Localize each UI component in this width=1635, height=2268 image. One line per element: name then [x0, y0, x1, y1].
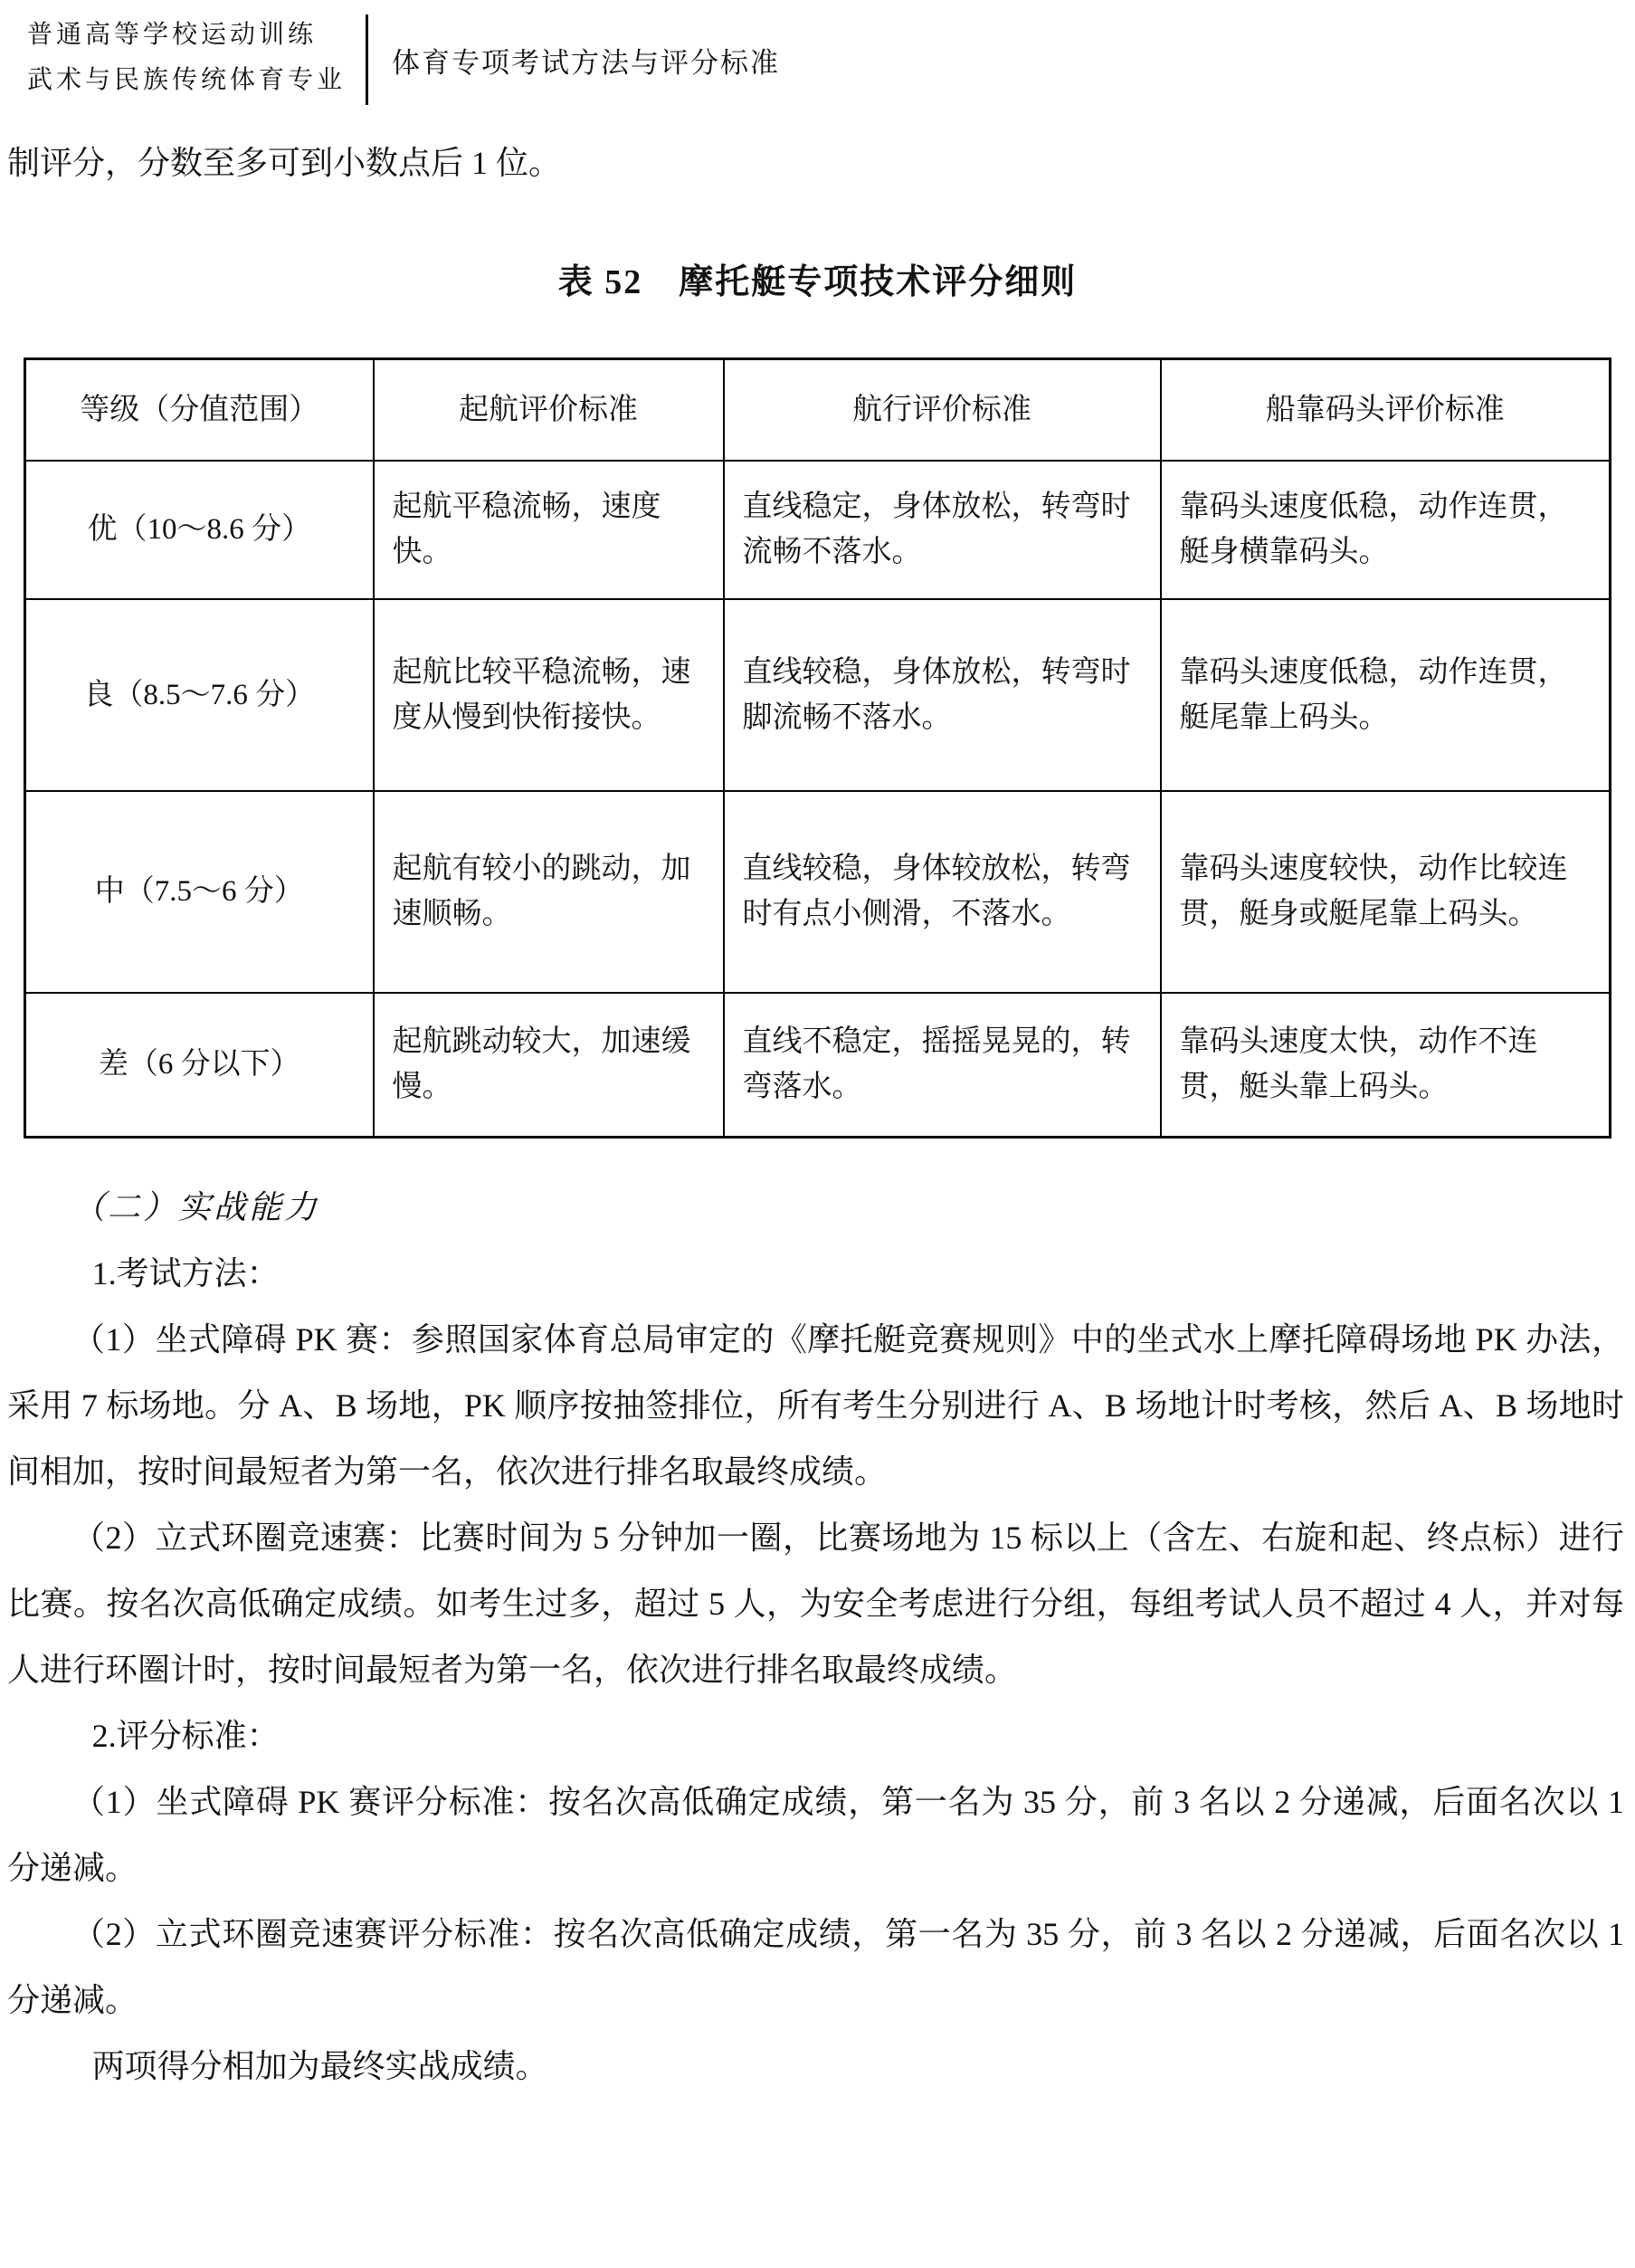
column-header-grade: 等级（分值范围）: [25, 359, 374, 461]
intro-line: 制评分，分数至多可到小数点后 1 位。: [7, 138, 1624, 188]
cell-start: 起航跳动较大，加速缓慢。: [374, 993, 724, 1138]
cell-start: 起航平稳流畅，速度快。: [374, 461, 724, 599]
cell-grade: 良（8.5～7.6 分）: [25, 599, 374, 791]
cell-sailing: 直线较稳，身体较放松，转弯时有点小侧滑，不落水。: [724, 791, 1161, 993]
closing-line: 两项得分相加为最终实战成绩。: [7, 2034, 1624, 2100]
document-page: 普通高等学校运动训练 武术与民族传统体育专业 体育专项考试方法与评分标准 制评分…: [0, 0, 1635, 2268]
method-paragraph-2: （2）立式环圈竞速赛：比赛时间为 5 分钟加一圈，比赛场地为 15 标以上（含左…: [7, 1505, 1624, 1703]
cell-sailing: 直线不稳定，摇摇晃晃的，转弯落水。: [724, 993, 1161, 1138]
section-heading: （二）实战能力: [7, 1175, 1624, 1241]
table-row: 差（6 分以下） 起航跳动较大，加速缓慢。 直线不稳定，摇摇晃晃的，转弯落水。 …: [25, 993, 1611, 1138]
cell-start: 起航有较小的跳动，加速顺畅。: [374, 791, 724, 993]
page-header: 普通高等学校运动训练 武术与民族传统体育专业 体育专项考试方法与评分标准: [27, 13, 1635, 107]
table-header-row: 等级（分值范围） 起航评价标准 航行评价标准 船靠码头评价标准: [25, 359, 1611, 461]
scoring-table: 等级（分值范围） 起航评价标准 航行评价标准 船靠码头评价标准 优（10～8.6…: [24, 357, 1611, 1139]
column-header-sailing: 航行评价标准: [724, 359, 1161, 461]
cell-sailing: 直线稳定，身体放松，转弯时流畅不落水。: [724, 461, 1161, 599]
header-divider: [366, 14, 368, 105]
body-text: （二）实战能力 1.考试方法： （1）坐式障碍 PK 赛：参照国家体育总局审定的…: [7, 1175, 1624, 2100]
table-row: 良（8.5～7.6 分） 起航比较平稳流畅，速度从慢到快衔接快。 直线较稳，身体…: [25, 599, 1611, 791]
cell-docking: 靠码头速度低稳，动作连贯，艇身横靠码头。: [1161, 461, 1611, 599]
header-left-line2: 武术与民族传统体育专业: [27, 58, 346, 103]
cell-start: 起航比较平稳流畅，速度从慢到快衔接快。: [374, 599, 724, 791]
cell-grade: 优（10～8.6 分）: [25, 461, 374, 599]
column-header-docking: 船靠码头评价标准: [1161, 359, 1611, 461]
header-left-line1: 普通高等学校运动训练: [27, 13, 346, 58]
column-header-start: 起航评价标准: [374, 359, 724, 461]
cell-sailing: 直线较稳，身体放松，转弯时脚流畅不落水。: [724, 599, 1161, 791]
cell-docking: 靠码头速度较快，动作比较连贯，艇身或艇尾靠上码头。: [1161, 791, 1611, 993]
score-paragraph-1: （1）坐式障碍 PK 赛评分标准：按名次高低确定成绩，第一名为 35 分，前 3…: [7, 1769, 1624, 1901]
method-label: 1.考试方法：: [7, 1241, 1624, 1307]
table-caption: 表 52 摩托艇专项技术评分细则: [0, 253, 1635, 303]
method-paragraph-1: （1）坐式障碍 PK 赛：参照国家体育总局审定的《摩托艇竞赛规则》中的坐式水上摩…: [7, 1307, 1624, 1505]
header-left-block: 普通高等学校运动训练 武术与民族传统体育专业: [27, 13, 346, 107]
cell-docking: 靠码头速度低稳，动作连贯，艇尾靠上码头。: [1161, 599, 1611, 791]
table-row: 中（7.5～6 分） 起航有较小的跳动，加速顺畅。 直线较稳，身体较放松，转弯时…: [25, 791, 1611, 993]
score-label: 2.评分标准：: [7, 1703, 1624, 1769]
header-right-title: 体育专项考试方法与评分标准: [392, 13, 780, 107]
cell-grade: 差（6 分以下）: [25, 993, 374, 1138]
table-row: 优（10～8.6 分） 起航平稳流畅，速度快。 直线稳定，身体放松，转弯时流畅不…: [25, 461, 1611, 599]
cell-grade: 中（7.5～6 分）: [25, 791, 374, 993]
cell-docking: 靠码头速度太快，动作不连贯，艇头靠上码头。: [1161, 993, 1611, 1138]
score-paragraph-2: （2）立式环圈竞速赛评分标准：按名次高低确定成绩，第一名为 35 分，前 3 名…: [7, 1901, 1624, 2034]
